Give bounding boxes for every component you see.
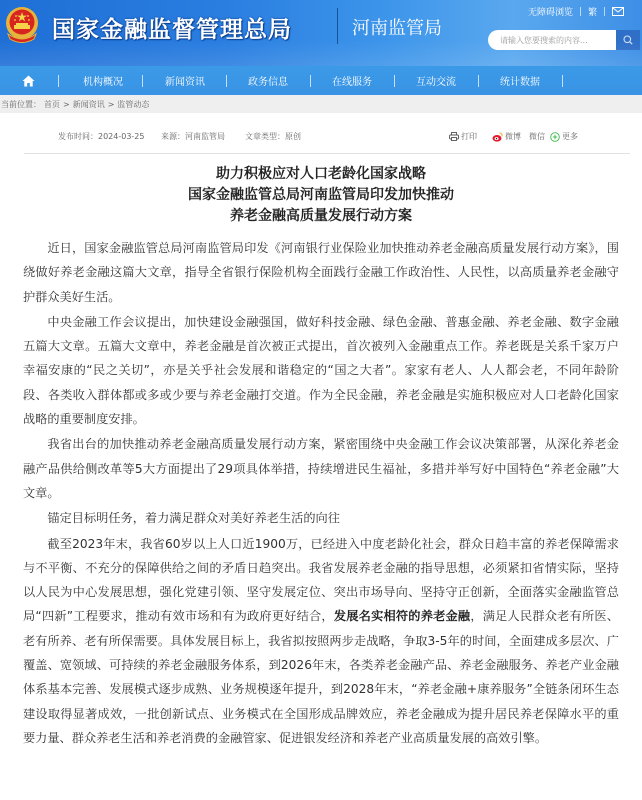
article-source: 来源：河南监管局	[161, 131, 225, 142]
breadcrumb-home[interactable]: 首页	[44, 99, 60, 110]
breadcrumb: 当前位置： 首页 > 新闻资讯 > 监管动态	[0, 95, 642, 113]
home-icon	[22, 75, 35, 87]
search-input[interactable]	[488, 30, 610, 50]
article-body: 近日，国家金融监管总局河南监管局印发《河南银行业保险业加快推动养老金融高质量发展…	[23, 236, 619, 751]
nav-item-org-overview[interactable]: 机构概况	[66, 66, 140, 95]
search-button[interactable]	[616, 30, 640, 50]
nav-item-online-services[interactable]: 在线服务	[315, 66, 389, 95]
weibo-share-button[interactable]: 微博	[492, 131, 521, 142]
nav-item-interaction[interactable]: 互动交流	[399, 66, 473, 95]
printer-icon	[449, 132, 459, 141]
article-title: 助力积极应对人口老龄化国家战略 国家金融监管总局河南监管局印发加快推动 养老金融…	[0, 164, 642, 227]
nav-separator	[394, 75, 395, 87]
section-heading: 锚定目标明任务，着力满足群众对美好养老生活的向往	[23, 506, 619, 530]
nav-separator	[142, 75, 143, 87]
accessibility-link[interactable]: 无障碍浏览	[528, 5, 573, 18]
paragraph: 中央金融工作会议提出，加快建设金融强国，做好科技金融、绿色金融、普惠金融、养老金…	[23, 310, 619, 431]
wechat-share-button[interactable]: 微信	[529, 131, 545, 142]
title-line: 养老金融高质量发展行动方案	[0, 206, 642, 227]
traditional-chinese-link[interactable]: 繁	[588, 5, 597, 18]
breadcrumb-supervision-news[interactable]: 监管动态	[117, 99, 149, 110]
breadcrumb-separator: >	[63, 100, 70, 109]
breadcrumb-separator: >	[108, 100, 115, 109]
paragraph-text: ，满足人民群众老有所医、老有所养、老有所保需要。具体发展目标上，我省拟按照两步走…	[23, 609, 619, 744]
nav-separator	[562, 75, 563, 87]
print-button[interactable]: 打印	[449, 131, 477, 142]
org-title[interactable]: 国家金融监督管理总局	[52, 11, 292, 44]
more-label: 更多	[562, 131, 578, 142]
nav-separator	[478, 75, 479, 87]
title-divider	[337, 8, 338, 44]
search-box	[488, 30, 640, 50]
plus-circle-icon	[550, 132, 560, 142]
link-separator: |	[579, 7, 582, 17]
link-separator: |	[603, 7, 606, 17]
nav-item-government-info[interactable]: 政务信息	[231, 66, 305, 95]
weibo-label: 微博	[505, 131, 521, 142]
nav-separator	[58, 75, 59, 87]
nav-item-news[interactable]: 新闻资讯	[148, 66, 222, 95]
nav-separator	[226, 75, 227, 87]
main-nav: 机构概况 新闻资讯 政务信息 在线服务 互动交流 统计数据	[0, 66, 642, 95]
mail-icon[interactable]	[612, 7, 624, 16]
site-header: 国家金融监督管理总局 河南监管局 无障碍浏览 | 繁 |	[0, 0, 642, 66]
title-line: 国家金融监管总局河南监管局印发加快推动	[0, 185, 642, 206]
branch-title[interactable]: 河南监管局	[352, 14, 442, 40]
article-type: 文章类型：原创	[245, 131, 301, 142]
paragraph: 截至2023年末，我省60岁以上人口近1900万，已经进入中度老龄化社会，群众日…	[23, 532, 619, 751]
weibo-icon	[492, 132, 503, 142]
print-label: 打印	[461, 131, 477, 142]
publish-time: 发布时间：2024-03-25	[58, 131, 145, 142]
paragraph: 近日，国家金融监管总局河南监管局印发《河南银行业保险业加快推动养老金融高质量发展…	[23, 236, 619, 309]
national-emblem-icon	[4, 6, 40, 46]
nav-item-statistics[interactable]: 统计数据	[483, 66, 557, 95]
breadcrumb-prefix: 当前位置：	[1, 99, 41, 110]
top-links: 无障碍浏览 | 繁 |	[528, 5, 624, 18]
more-share-button[interactable]: 更多	[550, 131, 578, 142]
meta-divider	[24, 153, 630, 154]
nav-home[interactable]	[16, 66, 40, 95]
search-icon	[623, 35, 633, 45]
article-meta: 发布时间：2024-03-25 来源：河南监管局 文章类型：原创 打印 微博 微…	[58, 131, 586, 145]
nav-separator	[310, 75, 311, 87]
wechat-label: 微信	[529, 131, 545, 142]
breadcrumb-news[interactable]: 新闻资讯	[73, 99, 105, 110]
emphasis-text: 发展名实相符的养老金融	[334, 609, 470, 623]
title-line: 助力积极应对人口老龄化国家战略	[0, 164, 642, 185]
paragraph: 我省出台的加快推动养老金融高质量发展行动方案，紧密围绕中央金融工作会议决策部署，…	[23, 432, 619, 505]
